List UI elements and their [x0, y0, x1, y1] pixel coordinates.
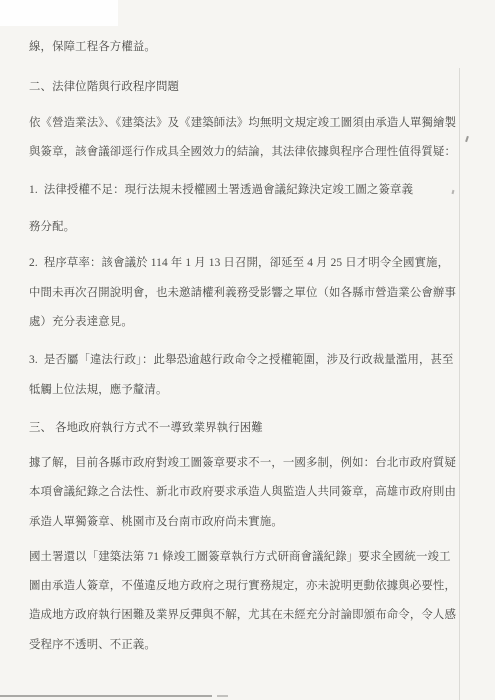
paragraph-line: 據了解，目前各縣市政府對竣工圖簽章要求不一，一國多制，例如：台北市政府質疑: [29, 456, 481, 471]
numbered-item-2-line: 處）充分表達意見。: [29, 315, 481, 330]
numbered-item-2-line: 中間未再次召開說明會，也未邀請權利義務受影響之單位（如各縣市營造業公會辦事: [29, 286, 481, 301]
numbered-item-2-line: 2. 程序草率：該會議於 114 年 1 月 13 日召開，卻延至 4 月 25…: [29, 256, 481, 271]
paragraph-line: 圖由承造人簽章，不僅違反地方政府之現行實務規定，亦未說明更動依據與必要性，: [29, 579, 481, 594]
numbered-item-1-line: 1. 法律授權不足：現行法規未授權國土署透過會議紀錄決定竣工圖之簽章義: [29, 183, 481, 198]
document-page: 線，保障工程各方權益。 二、法律位階與行政程序問題 依《營造業法》、《建築法》及…: [0, 0, 495, 700]
paragraph-line: 本項會議紀錄之合法性、新北市政府要求承造人與監造人共同簽章，高雄市政府則由: [29, 485, 481, 500]
paragraph-line: 國土署還以「建築法第 71 條竣工圖簽章執行方式研商會議紀錄」要求全國統一竣工: [29, 550, 481, 565]
numbered-item-3-line: 3. 是否屬「違法行政」：此舉恐逾越行政命令之授權範圍，涉及行政裁量濫用，甚至: [29, 353, 481, 368]
paragraph-line: 造成地方政府執行困難及業界反彈與不解，尤其在未經充分討論即頒布命令，令人感: [29, 608, 481, 623]
numbered-item-1-line: 務分配。: [29, 220, 481, 235]
paragraph-line-continuation: 線，保障工程各方權益。: [29, 40, 481, 55]
section-heading-2: 二、法律位階與行政程序問題: [29, 80, 481, 95]
scan-white-patch: [0, 0, 118, 26]
paragraph-line: 承造人單獨簽章、桃園市及台南市政府尚未實施。: [29, 515, 481, 530]
numbered-item-3-line: 牴觸上位法規，應予釐清。: [29, 383, 481, 398]
scan-bottom-edge-line: [0, 695, 212, 697]
scan-bottom-edge-dash: [217, 695, 228, 697]
section-heading-3: 三、 各地政府執行方式不一導致業界執行困難: [29, 421, 481, 436]
paragraph-line: 受程序不透明、不正義。: [29, 638, 481, 653]
paragraph-line: 依《營造業法》、《建築法》及《建築師法》均無明文規定竣工圖須由承造人單獨繪製: [29, 116, 481, 131]
scan-speck: [465, 136, 469, 142]
paragraph-line: 與簽章，該會議卻逕行作成具全國效力的結論，其法律依據與程序合理性值得質疑：: [29, 145, 481, 160]
